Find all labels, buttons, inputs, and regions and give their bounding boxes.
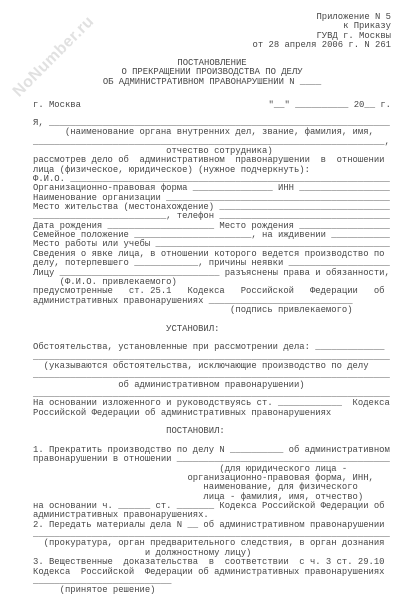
doc-line: (принятое решение) bbox=[33, 586, 395, 595]
date-blank: "__" __________ 20__ г. bbox=[269, 101, 392, 110]
document-body: Я, _____________________________________… bbox=[33, 119, 395, 596]
doc-line: Российской Федерации об административных… bbox=[33, 409, 395, 418]
place-label: г. Москва bbox=[33, 101, 81, 110]
watermark-text: NoNumber.ru bbox=[4, 7, 104, 107]
doc-line: от 28 апреля 2006 г. N 261 bbox=[253, 41, 391, 50]
document-title: ПОСТАНОВЛЕНИЕО ПРЕКРАЩЕНИИ ПРОИЗВОДСТВА … bbox=[33, 59, 391, 87]
doc-line: ОБ АДМИНИСТРАТИВНОМ ПРАВОНАРУШЕНИИ N ___… bbox=[33, 78, 391, 87]
doc-line: ПОСТАНОВИЛ: bbox=[33, 427, 395, 436]
annex-reference: Приложение N 5к ПриказуГУВД г. Москвыот … bbox=[253, 13, 391, 50]
doc-line: УСТАНОВИЛ: bbox=[33, 325, 395, 334]
place-date-row: г. Москва "__" __________ 20__ г. bbox=[33, 101, 391, 110]
doc-line: (подпись привлекаемого) bbox=[33, 306, 395, 315]
document-page: NoNumber.ru Приложение N 5к ПриказуГУВД … bbox=[0, 0, 420, 600]
